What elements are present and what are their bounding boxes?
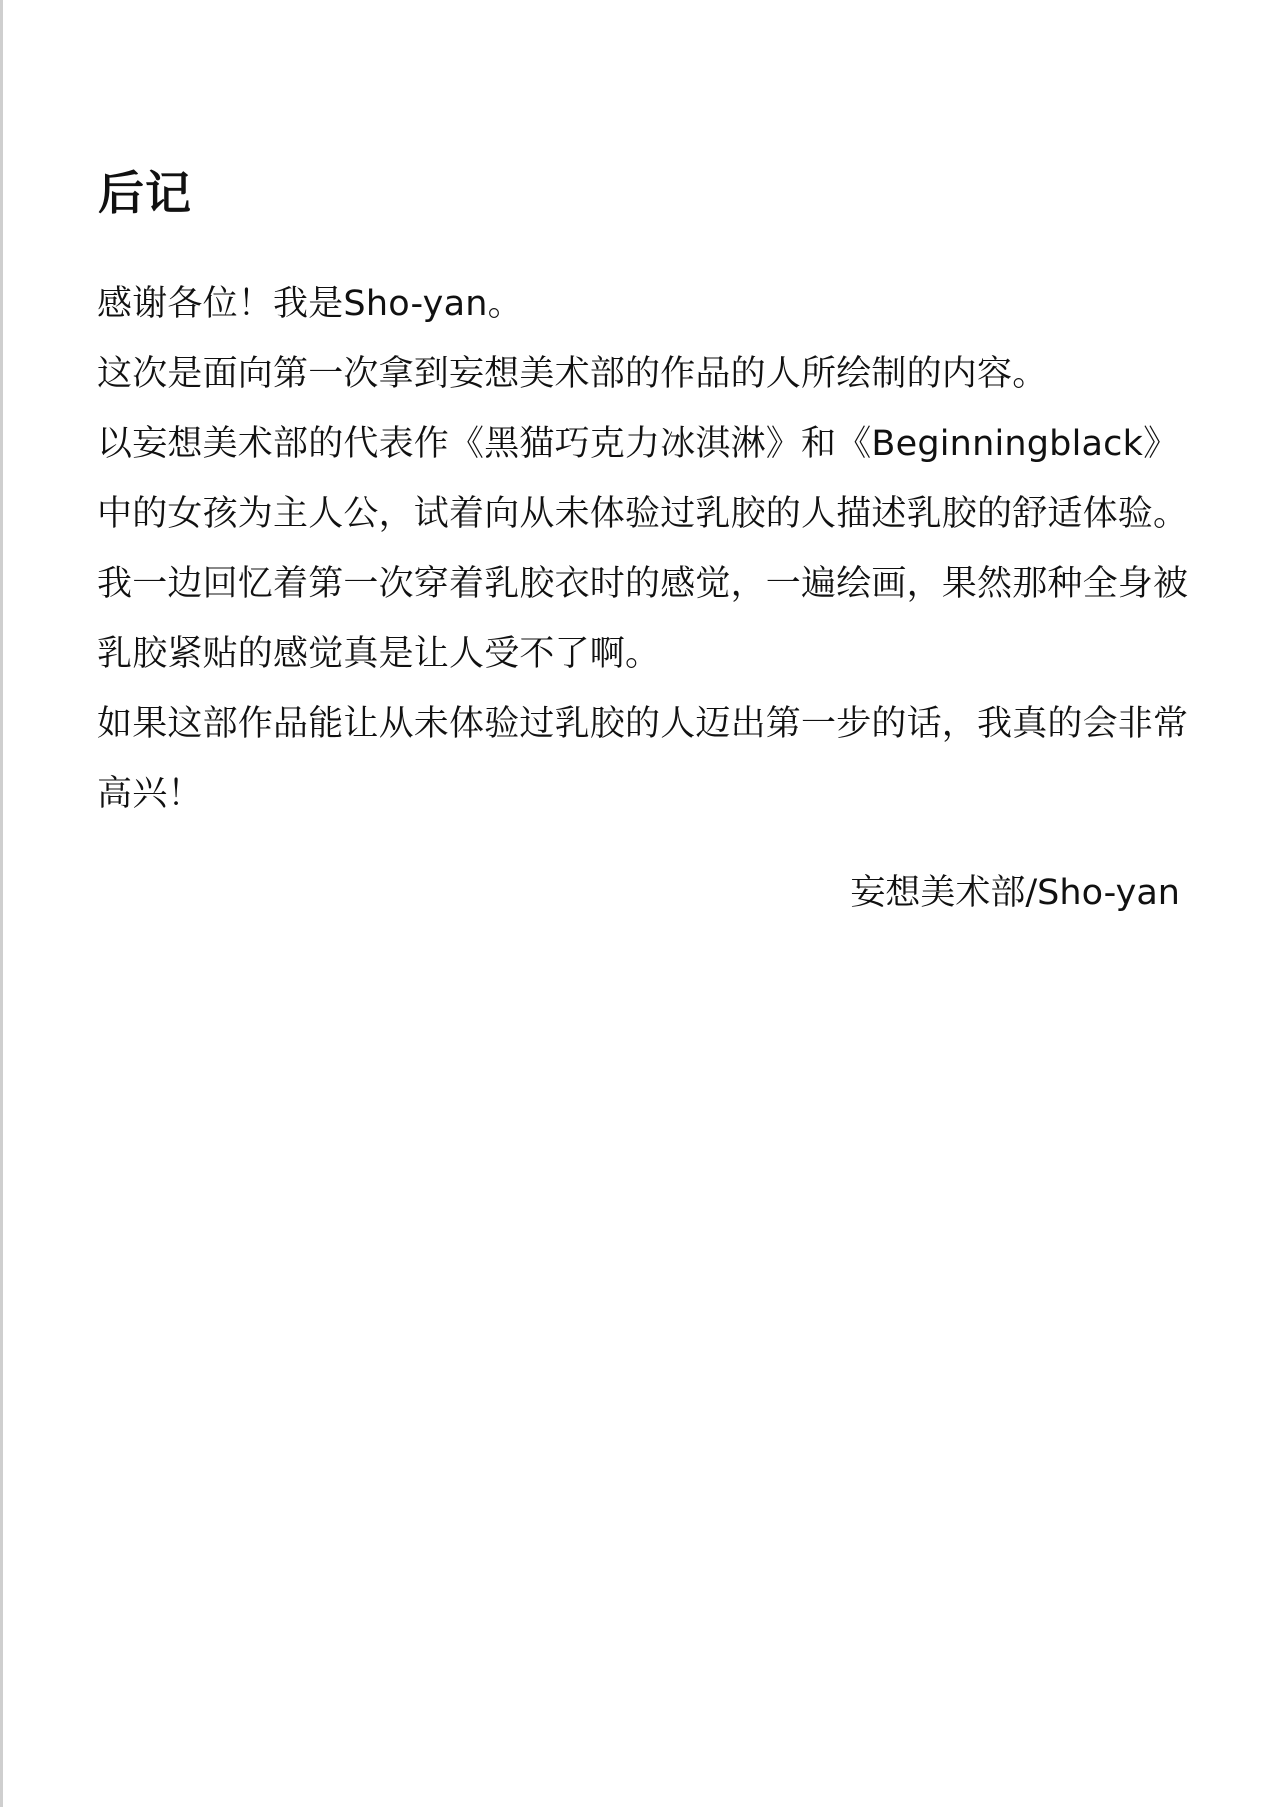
document-page: 后记 感谢各位！我是Sho-yan。 这次是面向第一次拿到妄想美术部的作品的人所… — [3, 0, 1280, 1807]
page-title: 后记 — [98, 168, 192, 218]
body-line: 高兴！ — [97, 759, 1217, 829]
afterword-body: 感谢各位！我是Sho-yan。 这次是面向第一次拿到妄想美术部的作品的人所绘制的… — [97, 269, 1217, 829]
body-line: 如果这部作品能让从未体验过乳胶的人迈出第一步的话，我真的会非常 — [97, 689, 1217, 759]
author-signature: 妄想美术部/Sho-yan — [850, 858, 1180, 928]
body-line: 中的女孩为主人公，试着向从未体验过乳胶的人描述乳胶的舒适体验。 — [97, 479, 1217, 549]
body-line: 以妄想美术部的代表作《黑猫巧克力冰淇淋》和《Beginningblack》 — [97, 409, 1217, 479]
body-line: 我一边回忆着第一次穿着乳胶衣时的感觉，一遍绘画，果然那种全身被 — [97, 549, 1217, 619]
body-line: 这次是面向第一次拿到妄想美术部的作品的人所绘制的内容。 — [97, 339, 1217, 409]
body-line: 感谢各位！我是Sho-yan。 — [97, 269, 1217, 339]
body-line: 乳胶紧贴的感觉真是让人受不了啊。 — [97, 619, 1217, 689]
